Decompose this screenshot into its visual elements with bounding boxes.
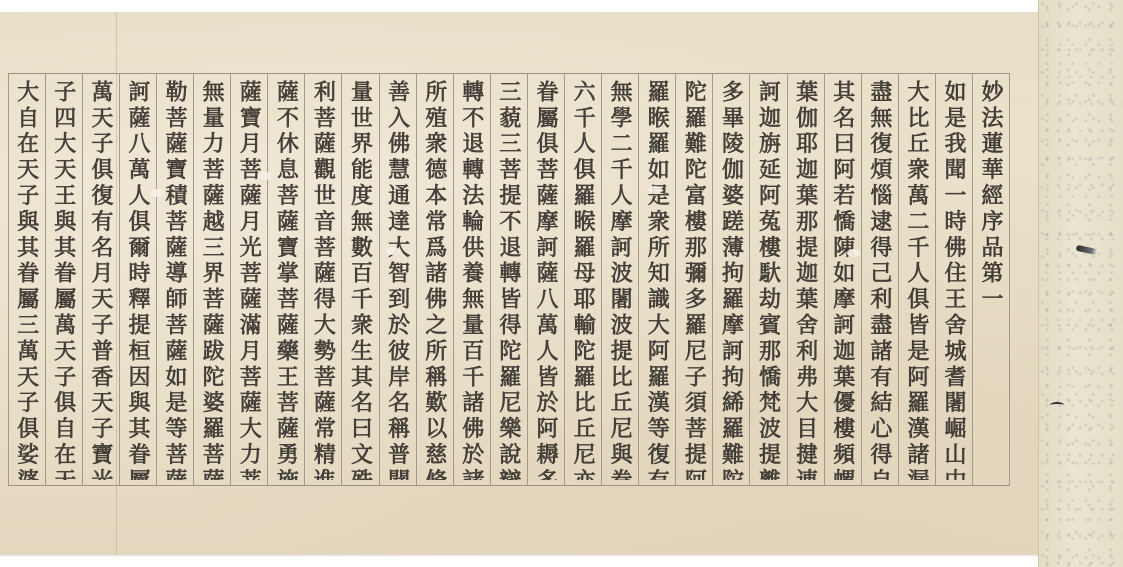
column-text: 萬天子俱復有名月天子普香天子寶光天 (83, 80, 119, 480)
sutra-title: 妙法蓮華經序品第一 (973, 80, 1009, 480)
text-column: 盡無復煩惱逮得己利盡諸有結心得自在 (861, 74, 898, 485)
paper-damage (150, 189, 164, 197)
column-text: 多畢陵伽婆蹉薄拘羅摩訶拘絺羅難陀孫 (713, 80, 749, 480)
column-text: 六千人俱羅睺羅母耶輸陀羅比丘尼亦與 (565, 80, 601, 480)
column-text: 如是我聞一時佛住王舍城耆闍崛山中與 (936, 80, 972, 480)
column-text: 轉不退轉法輪供養無量百千諸佛於諸佛 (454, 80, 490, 480)
scroll-viewer: 妙法蓮華經序品第一 如是我聞一時佛住王舍城耆闍崛山中與 大比丘衆萬二千人俱皆是阿… (0, 0, 1123, 567)
column-text: 量世界能度無數百千衆生其名曰文殊師 (342, 80, 378, 480)
text-column: 萬天子俱復有名月天子普香天子寶光天 (82, 74, 119, 485)
mounting-paper (1038, 0, 1123, 567)
paper-damage (648, 186, 662, 194)
column-text: 大自在天子與其眷屬三萬天子俱娑婆世 (9, 80, 45, 480)
text-column: 眷屬俱菩薩摩訶薩八萬人皆於阿耨多羅 (527, 74, 564, 485)
text-column: 薩不休息菩薩寶掌菩薩藥王菩薩勇施菩 (267, 74, 304, 485)
column-text: 子四大天王與其眷屬萬天子俱自在天子 (46, 80, 82, 480)
column-text: 薩不休息菩薩寶掌菩薩藥王菩薩勇施菩 (268, 80, 304, 480)
text-column: 勒菩薩寶積菩薩導師菩薩如是等菩薩摩 (156, 74, 193, 485)
text-column: 善入佛慧通達大智到於彼岸名稱普聞無 (379, 74, 416, 485)
manuscript-paper: 妙法蓮華經序品第一 如是我聞一時佛住王舍城耆闍崛山中與 大比丘衆萬二千人俱皆是阿… (0, 12, 1040, 555)
ink-mark (1050, 402, 1064, 408)
text-columns: 妙法蓮華經序品第一 如是我聞一時佛住王舍城耆闍崛山中與 大比丘衆萬二千人俱皆是阿… (8, 74, 1010, 485)
text-column: 無量力菩薩越三界菩薩跋陀婆羅菩薩彌 (193, 74, 230, 485)
text-column: 所殖衆德本常爲諸佛之所稱歎以慈脩身 (416, 74, 453, 485)
column-text: 勒菩薩寶積菩薩導師菩薩如是等菩薩摩 (157, 80, 193, 480)
text-column: 六千人俱羅睺羅母耶輸陀羅比丘尼亦與 (564, 74, 601, 485)
text-column: 子四大天王與其眷屬萬天子俱自在天子 (45, 74, 82, 485)
text-column: 無學二千人摩訶波闍波提比丘尼與眷屬 (601, 74, 638, 485)
paper-damage (386, 247, 400, 255)
ruled-text-area: 妙法蓮華經序品第一 如是我聞一時佛住王舍城耆闍崛山中與 大比丘衆萬二千人俱皆是阿… (8, 73, 1010, 486)
text-column: 訶薩八萬人俱爾時釋提桓因與其眷屬二 (119, 74, 156, 485)
column-text: 薩寶月菩薩月光菩薩滿月菩薩大力菩薩 (231, 80, 267, 480)
column-text: 羅睺羅如是衆所知識大阿羅漢等復有學 (639, 80, 675, 480)
paper-damage (258, 172, 272, 180)
column-text: 無學二千人摩訶波闍波提比丘尼與眷屬 (602, 80, 638, 480)
text-column: 薩寶月菩薩月光菩薩滿月菩薩大力菩薩 (230, 74, 267, 485)
column-text: 無量力菩薩越三界菩薩跋陀婆羅菩薩彌 (194, 80, 230, 480)
text-column: 大自在天子與其眷屬三萬天子俱娑婆世 (8, 74, 45, 485)
text-column: 多畢陵伽婆蹉薄拘羅摩訶拘絺羅難陀孫 (712, 74, 749, 485)
column-text: 盡無復煩惱逮得己利盡諸有結心得自在 (862, 80, 898, 480)
text-column: 利菩薩觀世音菩薩得大勢菩薩常精進菩 (304, 74, 341, 485)
column-title: 妙法蓮華經序品第一 (972, 74, 1010, 485)
column-text: 訶迦旃延阿菟樓馱劫賓那憍梵波提離婆 (750, 80, 786, 480)
column-text: 葉伽耶迦葉那提迦葉舍利弗大目揵連摩 (788, 80, 824, 480)
text-column: 轉不退轉法輪供養無量百千諸佛於諸佛 (453, 74, 490, 485)
column-text: 陀羅難陀富樓那彌多羅尼子須菩提阿難 (676, 80, 712, 480)
column-text: 所殖衆德本常爲諸佛之所稱歎以慈脩身 (417, 80, 453, 480)
text-column: 三藐三菩提不退轉皆得陀羅尼樂說辯才 (490, 74, 527, 485)
text-column: 羅睺羅如是衆所知識大阿羅漢等復有學 (638, 74, 675, 485)
column-text: 眷屬俱菩薩摩訶薩八萬人皆於阿耨多羅 (528, 80, 564, 480)
column-text: 大比丘衆萬二千人俱皆是阿羅漢諸漏已 (899, 80, 935, 480)
text-column: 陀羅難陀富樓那彌多羅尼子須菩提阿難 (675, 74, 712, 485)
column-text: 其名曰阿若憍陳如摩訶迦葉優樓頻螺迦 (825, 80, 861, 480)
column-text: 利菩薩觀世音菩薩得大勢菩薩常精進菩 (305, 80, 341, 480)
text-column: 如是我聞一時佛住王舍城耆闍崛山中與 (935, 74, 972, 485)
column-text: 訶薩八萬人俱爾時釋提桓因與其眷屬二 (120, 80, 156, 480)
text-column: 大比丘衆萬二千人俱皆是阿羅漢諸漏已 (898, 74, 935, 485)
text-column: 其名曰阿若憍陳如摩訶迦葉優樓頻螺迦 (824, 74, 861, 485)
text-column: 葉伽耶迦葉那提迦葉舍利弗大目揵連摩 (787, 74, 824, 485)
text-column: 訶迦旃延阿菟樓馱劫賓那憍梵波提離婆 (749, 74, 786, 485)
column-text: 善入佛慧通達大智到於彼岸名稱普聞無 (380, 80, 416, 480)
paper-damage (847, 249, 861, 257)
text-column: 量世界能度無數百千衆生其名曰文殊師 (341, 74, 378, 485)
column-text: 三藐三菩提不退轉皆得陀羅尼樂說辯才 (491, 80, 527, 480)
